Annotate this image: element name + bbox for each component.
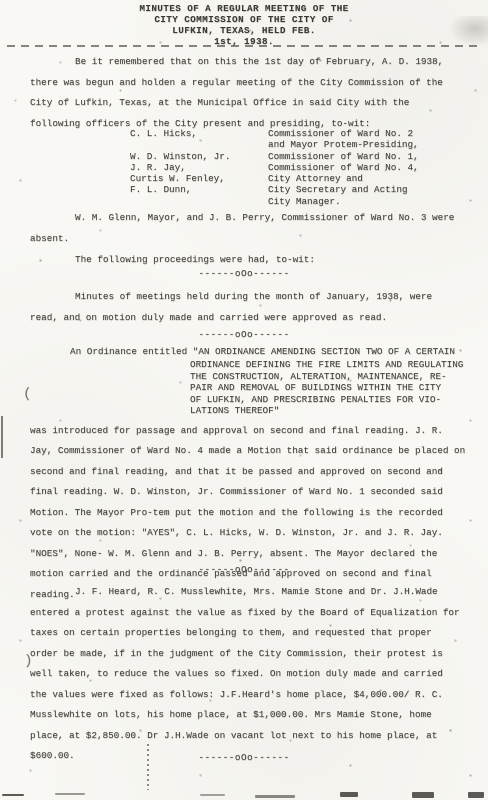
officer-name: C. L. Hicks, [130,128,268,151]
ordinance-title-line: OF LUFKIN, AND PRESCRIBING PENALTIES FOR… [190,394,468,406]
scanned-minutes-page: MINUTES OF A REGULAR MEETING OF THE CITY… [0,0,488,800]
tax-protest-paragraph: J. F. Heard, R. C. Musslewhite, Mrs. Mam… [30,582,464,767]
title-line-1: MINUTES OF A REGULAR MEETING OF THE [0,3,488,14]
officer-title-line: Commissioner of Ward No. 4, [268,162,470,173]
opening-paragraph: Be it remembered that on this the 1st da… [30,52,464,134]
officer-title: City Attorney and [268,173,470,184]
officer-row: C. L. Hicks, Commissioner of Ward No. 2 … [130,128,470,151]
smudge [255,795,295,798]
absent-paragraph: W. M. Glenn, Mayor, and J. B. Perry, Com… [30,208,464,249]
ordinance-title-line: LATIONS THEREOF" [190,405,468,417]
title-line-2: CITY COMMISSION OF THE CITY OF [0,14,488,25]
officer-title: Commissioner of Ward No. 2 and Mayor Pro… [268,128,470,151]
officer-name: J. R. Jay, [130,162,268,173]
officer-name: Curtis W. Fenley, [130,173,268,184]
officer-title: Commissioner of Ward No. 1, [268,151,470,162]
smudge [340,792,358,797]
officer-title-line: City Manager. [268,196,470,207]
officer-title-line: Commissioner of Ward No. 2 [268,128,470,139]
officer-row: W. D. Winston, Jr. Commissioner of Ward … [130,151,470,162]
smudge [412,792,434,798]
officer-name: W. D. Winston, Jr. [130,151,268,162]
ordinance-body-paragraph: was introduced for passage and approval … [30,421,468,606]
ordinance-title-line: THE CONSTRUCTION, ALTERATION, MAINTENANC… [190,371,468,383]
smudge [2,794,24,796]
title-line-3: LUFKIN, TEXAS, HELD FEB. [0,25,488,36]
section-separator: ------oOo------ [0,268,488,280]
ordinance-intro-line: An Ordinance entitled "AN ORDINANCE AMEN… [30,346,468,358]
officer-row: J. R. Jay, Commissioner of Ward No. 4, [130,162,470,173]
dashed-divider [7,45,481,47]
officers-list: C. L. Hicks, Commissioner of Ward No. 2 … [130,128,470,207]
officer-row: F. L. Dunn, City Secretary and Acting Ci… [130,184,470,207]
section-separator: ------oOo------ [0,752,488,764]
smudge [468,792,484,798]
officer-title-line: City Attorney and [268,173,470,184]
section-separator: ------oOo------ [0,564,488,576]
ordinance-title-line: ORDINANCE DEFINING THE FIRE LIMITS AND R… [190,359,468,371]
scan-artifact-edge-line [1,416,3,458]
ordinance-title-block: ORDINANCE DEFINING THE FIRE LIMITS AND R… [190,359,468,417]
smudge [200,794,225,796]
officer-title-line: and Mayor Protem-Presiding, [268,139,470,150]
officer-title: City Secretary and Acting City Manager. [268,184,470,207]
officer-title-line: City Secretary and Acting [268,184,470,195]
scan-artifact-bottom-smudges [0,788,488,798]
officer-name: F. L. Dunn, [130,184,268,207]
smudge [55,793,85,795]
document-title: MINUTES OF A REGULAR MEETING OF THE CITY… [0,3,488,47]
minutes-approved-paragraph: Minutes of meetings held during the mont… [30,287,464,328]
officer-title: Commissioner of Ward No. 4, [268,162,470,173]
officer-row: Curtis W. Fenley, City Attorney and [130,173,470,184]
section-separator: ------oOo------ [0,329,488,341]
ordinance-title-line: PAIR AND REMOVAL OF BUILDINGS WITHIN THE… [190,382,468,394]
officer-title-line: Commissioner of Ward No. 1, [268,151,470,162]
scan-noise-speckles [0,0,1,1]
